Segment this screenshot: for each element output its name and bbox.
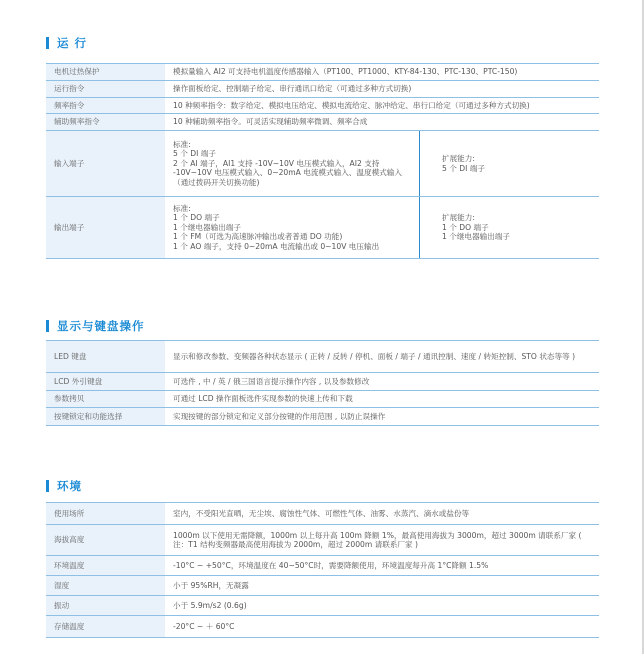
table-row: LED 键盘 显示和修改参数、变频器各种状态显示 ( 正转 / 反转 / 停机、… <box>46 341 599 373</box>
row-value: -10°C ~ +50°C，环境温度在 40~50°C时，需要降额使用，环境温度… <box>165 556 599 576</box>
row-value: 小于 95%RH，无凝露 <box>165 576 599 596</box>
row-label: 频率指令 <box>46 98 165 114</box>
row-label: 输出端子 <box>46 197 165 259</box>
section-marker-icon <box>46 320 49 332</box>
row-label: 输入端子 <box>46 131 165 197</box>
row-value: 操作面板给定、控制端子给定、串行通讯口给定（可通过多种方式切换) <box>165 81 599 98</box>
table-row: 环境温度 -10°C ~ +50°C，环境温度在 40~50°C时，需要降额使用… <box>46 556 599 576</box>
table-row: 存储温度 -20°C ~ ＋ 60°C <box>46 616 599 638</box>
row-label: LCD 外引键盘 <box>46 373 165 391</box>
table-row: 海拔高度 1000m 以下使用无需降额，1000m 以上每升高 100m 降额 … <box>46 525 599 556</box>
row-value: 可选件 , 中 / 英 / 俄三国语言提示操作内容 , 以及参数修改 <box>165 373 599 391</box>
row-value: 实现按键的部分锁定和定义部分按键的作用范围 , 以防止误操作 <box>165 408 599 426</box>
row-label: 海拔高度 <box>46 525 165 556</box>
row-value: 小于 5.9m/s2 (0.6g) <box>165 596 599 616</box>
display-keyboard-spec-table: LED 键盘 显示和修改参数、变频器各种状态显示 ( 正转 / 反转 / 停机、… <box>46 340 599 426</box>
table-row: 振动 小于 5.9m/s2 (0.6g) <box>46 596 599 616</box>
section-marker-icon <box>46 37 49 49</box>
table-row: 输入端子 标准: 5 个 DI 端子 2 个 AI 端子，AI1 支持 -10V… <box>46 131 599 197</box>
row-label: 使用场所 <box>46 503 165 525</box>
row-value: 10 种频率指令：数字给定、模拟电压给定、模拟电流给定、脉冲给定、串行口给定（可… <box>165 98 599 114</box>
table-row: 湿度 小于 95%RH，无凝露 <box>46 576 599 596</box>
table-row: LCD 外引键盘 可选件 , 中 / 英 / 俄三国语言提示操作内容 , 以及参… <box>46 373 599 391</box>
row-label: 振动 <box>46 596 165 616</box>
row-label: 环境温度 <box>46 556 165 576</box>
row-value: 标准: 1 个 DO 端子 1 个继电器输出端子 1 个 FM（可选为高速脉冲输… <box>165 197 420 259</box>
row-label: 辅助频率指令 <box>46 114 165 131</box>
row-label: 参数拷贝 <box>46 391 165 408</box>
section-title-display-keyboard: 显示与键盘操作 <box>46 319 145 333</box>
row-value: 标准: 5 个 DI 端子 2 个 AI 端子，AI1 支持 -10V~10V … <box>165 131 420 197</box>
row-label: 存储温度 <box>46 616 165 638</box>
operation-spec-table: 电机过热保护 模拟量输入 AI2 可支持电机温度传感器输入（PT100、PT10… <box>46 63 599 259</box>
row-value: 模拟量输入 AI2 可支持电机温度传感器输入（PT100、PT1000、KTY-… <box>165 64 599 81</box>
table-row: 参数拷贝 可通过 LCD 操作面板选件实现参数的快速上传和下载 <box>46 391 599 408</box>
section-title-text: 环境 <box>57 478 82 494</box>
environment-spec-table: 使用场所 室内，不受阳光直晒，无尘埃、腐蚀性气体、可燃性气体、油雾、水蒸汽、滴水… <box>46 502 599 638</box>
section-title-text: 运 行 <box>57 35 87 51</box>
table-row: 使用场所 室内，不受阳光直晒，无尘埃、腐蚀性气体、可燃性气体、油雾、水蒸汽、滴水… <box>46 503 599 525</box>
row-value: -20°C ~ ＋ 60°C <box>165 616 599 638</box>
table-row: 输出端子 标准: 1 个 DO 端子 1 个继电器输出端子 1 个 FM（可选为… <box>46 197 599 259</box>
row-extension: 扩展能力: 5 个 DI 端子 <box>420 131 600 197</box>
section-marker-icon <box>46 480 49 492</box>
table-row: 电机过热保护 模拟量输入 AI2 可支持电机温度传感器输入（PT100、PT10… <box>46 64 599 81</box>
row-label: LED 键盘 <box>46 341 165 373</box>
table-row: 频率指令 10 种频率指令：数字给定、模拟电压给定、模拟电流给定、脉冲给定、串行… <box>46 98 599 114</box>
table-row: 按键锁定和功能选择 实现按键的部分锁定和定义部分按键的作用范围 , 以防止误操作 <box>46 408 599 426</box>
row-label: 按键锁定和功能选择 <box>46 408 165 426</box>
row-value: 显示和修改参数、变频器各种状态显示 ( 正转 / 反转 / 停机、面板 / 端子… <box>165 341 599 373</box>
row-extension: 扩展能力: 1 个 DO 端子 1 个继电器输出端子 <box>420 197 600 259</box>
row-value: 10 种辅助频率指令。可灵活实现辅助频率微调、频率合成 <box>165 114 599 131</box>
row-value: 可通过 LCD 操作面板选件实现参数的快速上传和下载 <box>165 391 599 408</box>
section-title-environment: 环境 <box>46 479 82 493</box>
row-label: 运行指令 <box>46 81 165 98</box>
row-value: 室内，不受阳光直晒，无尘埃、腐蚀性气体、可燃性气体、油雾、水蒸汽、滴水或盐份等 <box>165 503 599 525</box>
table-row: 辅助频率指令 10 种辅助频率指令。可灵活实现辅助频率微调、频率合成 <box>46 114 599 131</box>
table-row: 运行指令 操作面板给定、控制端子给定、串行通讯口给定（可通过多种方式切换) <box>46 81 599 98</box>
row-label: 电机过热保护 <box>46 64 165 81</box>
section-title-operation: 运 行 <box>46 36 87 50</box>
row-value: 1000m 以下使用无需降额，1000m 以上每升高 100m 降额 1%，最高… <box>165 525 599 556</box>
row-label: 湿度 <box>46 576 165 596</box>
section-title-text: 显示与键盘操作 <box>57 318 145 334</box>
